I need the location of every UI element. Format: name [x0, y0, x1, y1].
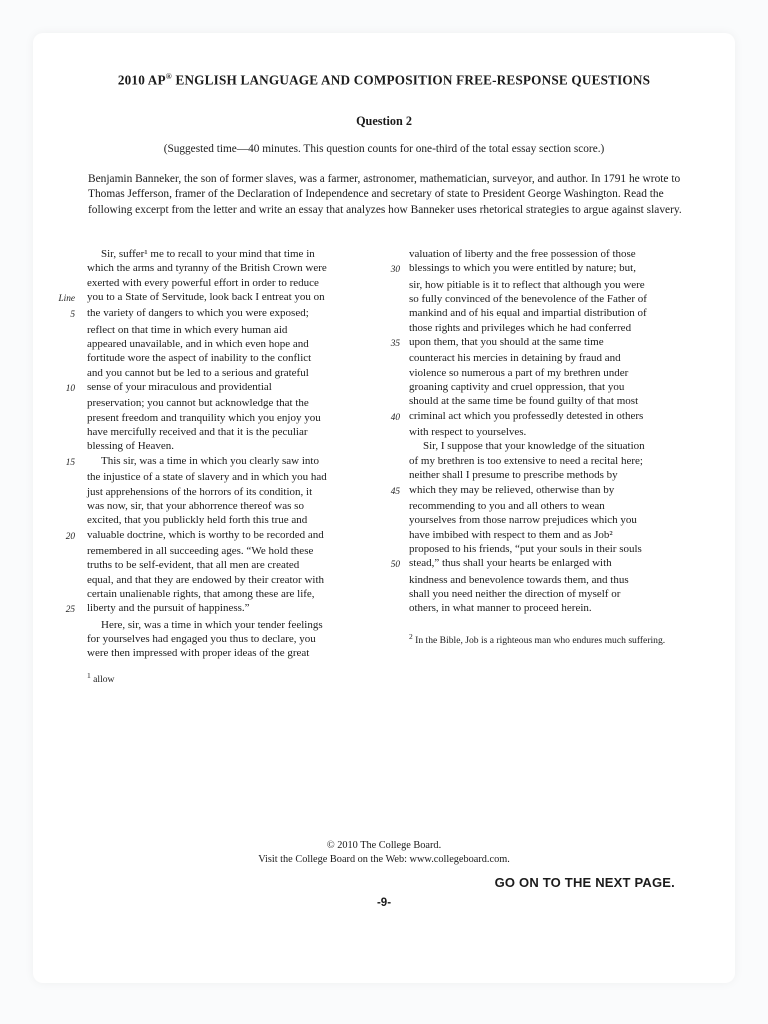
excerpt-line: were then impressed with proper ideas of… — [55, 646, 371, 660]
line-number — [55, 470, 87, 484]
question-title: Question 2 — [33, 114, 735, 129]
excerpt-text: so fully convinced of the benevolence of… — [409, 292, 647, 306]
excerpt-text: upon them, that you should at the same t… — [409, 335, 604, 351]
line-number — [55, 513, 87, 527]
excerpt-line: have imbibed with respect to them and as… — [383, 528, 695, 542]
excerpt-text: criminal act which you professedly detes… — [409, 409, 643, 425]
excerpt-text: yourselves from those narrow prejudices … — [409, 513, 637, 527]
excerpt-text: valuable doctrine, which is worthy to be… — [87, 528, 324, 544]
line-number: 30 — [383, 261, 409, 277]
excerpt-line: truths to be self-evident, that all men … — [55, 558, 371, 572]
excerpt-text: have mercifully received and that it is … — [87, 425, 308, 439]
excerpt-text: truths to be self-evident, that all men … — [87, 558, 299, 572]
line-number — [55, 573, 87, 587]
excerpt-line: 35upon them, that you should at the same… — [383, 335, 695, 351]
document-title: 2010 AP® ENGLISH LANGUAGE AND COMPOSITIO… — [33, 72, 735, 88]
excerpt-text: exerted with every powerful effort in or… — [87, 276, 319, 290]
line-number — [383, 292, 409, 306]
excerpt-line: reflect on that time in which every huma… — [55, 323, 371, 337]
go-on-instruction: GO ON TO THE NEXT PAGE. — [495, 875, 675, 890]
excerpt-line: Here, sir, was a time in which your tend… — [55, 618, 371, 632]
line-number — [55, 396, 87, 410]
excerpt-text: with respect to yourselves. — [409, 425, 526, 439]
excerpt-text: preservation; you cannot but acknowledge… — [87, 396, 309, 410]
footnote-2-marker: 2 — [409, 632, 413, 641]
excerpt-line: 10sense of your miraculous and provident… — [55, 380, 371, 396]
line-number: 10 — [55, 380, 87, 396]
excerpt-text: sense of your miraculous and providentia… — [87, 380, 272, 396]
line-number — [383, 542, 409, 556]
line-number: 25 — [55, 601, 87, 617]
line-number — [55, 646, 87, 660]
excerpt-text: have imbibed with respect to them and as… — [409, 528, 613, 542]
excerpt-left-column: Sir, suffer¹ me to recall to your mind t… — [55, 247, 371, 685]
line-number: 15 — [55, 454, 87, 470]
excerpt-line: certain unalienable rights, that among t… — [55, 587, 371, 601]
excerpt-text: others, in what manner to proceed herein… — [409, 601, 592, 615]
excerpt-line: counteract his mercies in detaining by f… — [383, 351, 695, 365]
excerpt-line: for yourselves had engaged you thus to d… — [55, 632, 371, 646]
line-number — [383, 394, 409, 408]
line-number — [383, 425, 409, 439]
excerpt-text: fortitude wore the aspect of inability t… — [87, 351, 311, 365]
excerpt-text: Sir, I suppose that your knowledge of th… — [409, 439, 645, 453]
excerpt-columns: Sir, suffer¹ me to recall to your mind t… — [55, 247, 695, 685]
excerpt-text: the variety of dangers to which you were… — [87, 306, 309, 322]
excerpt-line: equal, and that they are endowed by thei… — [55, 573, 371, 587]
excerpt-text: neither shall I presume to prescribe met… — [409, 468, 618, 482]
line-number — [383, 528, 409, 542]
excerpt-text: blessings to which you were entitled by … — [409, 261, 636, 277]
excerpt-text: kindness and benevolence towards them, a… — [409, 573, 629, 587]
excerpt-line: 15This sir, was a time in which you clea… — [55, 454, 371, 470]
excerpt-line: 5the variety of dangers to which you wer… — [55, 306, 371, 322]
suggested-time-note: (Suggested time—40 minutes. This questio… — [33, 143, 735, 155]
excerpt-text: for yourselves had engaged you thus to d… — [87, 632, 316, 646]
line-number: 45 — [383, 483, 409, 499]
excerpt-line: so fully convinced of the benevolence of… — [383, 292, 695, 306]
footer-copyright-block: © 2010 The College Board. Visit the Coll… — [33, 839, 735, 866]
excerpt-text: of my brethren is too extensive to need … — [409, 454, 643, 468]
line-number — [55, 618, 87, 632]
excerpt-line: excited, that you publickly held forth t… — [55, 513, 371, 527]
excerpt-line: should at the same time be found guilty … — [383, 394, 695, 408]
excerpt-text: just apprehensions of the horrors of its… — [87, 485, 312, 499]
line-number — [55, 485, 87, 499]
line-number — [383, 247, 409, 261]
excerpt-line: 30blessings to which you were entitled b… — [383, 261, 695, 277]
excerpt-right-column: valuation of liberty and the free posses… — [383, 247, 695, 685]
excerpt-text: groaning captivity and cruel oppression,… — [409, 380, 624, 394]
excerpt-text: and you cannot but be led to a serious a… — [87, 366, 309, 380]
excerpt-line: proposed to his friends, “put your souls… — [383, 542, 695, 556]
excerpt-line: was now, sir, that your abhorrence there… — [55, 499, 371, 513]
line-number — [383, 321, 409, 335]
line-number — [383, 513, 409, 527]
line-number: Line — [55, 290, 87, 306]
excerpt-line: preservation; you cannot but acknowledge… — [55, 396, 371, 410]
excerpt-text: Here, sir, was a time in which your tend… — [87, 618, 323, 632]
excerpt-text: liberty and the pursuit of happiness.” — [87, 601, 250, 617]
line-number — [383, 454, 409, 468]
excerpt-line: just apprehensions of the horrors of its… — [55, 485, 371, 499]
excerpt-line: blessing of Heaven. — [55, 439, 371, 453]
line-number — [383, 306, 409, 320]
document-title-suffix: ENGLISH LANGUAGE AND COMPOSITION FREE-RE… — [172, 72, 650, 87]
excerpt-text: present freedom and tranquility which yo… — [87, 411, 321, 425]
document-page: 2010 AP® ENGLISH LANGUAGE AND COMPOSITIO… — [33, 33, 735, 983]
excerpt-line: sir, how pitiable is it to reflect that … — [383, 278, 695, 292]
excerpt-line: appeared unavailable, and in which even … — [55, 337, 371, 351]
excerpt-line: present freedom and tranquility which yo… — [55, 411, 371, 425]
excerpt-line: 50stead,” thus shall your hearts be enla… — [383, 556, 695, 572]
excerpt-line: have mercifully received and that it is … — [55, 425, 371, 439]
excerpt-text: shall you need neither the direction of … — [409, 587, 620, 601]
line-number — [383, 499, 409, 513]
line-number — [55, 499, 87, 513]
excerpt-text: Sir, suffer¹ me to recall to your mind t… — [87, 247, 315, 261]
excerpt-text: the injustice of a state of slavery and … — [87, 470, 327, 484]
line-number: 35 — [383, 335, 409, 351]
excerpt-line: recommending to you and all others to we… — [383, 499, 695, 513]
excerpt-line: exerted with every powerful effort in or… — [55, 276, 371, 290]
excerpt-text: should at the same time be found guilty … — [409, 394, 638, 408]
line-number — [55, 351, 87, 365]
excerpt-text: equal, and that they are endowed by thei… — [87, 573, 324, 587]
line-number — [383, 468, 409, 482]
excerpt-text: which the arms and tyranny of the Britis… — [87, 261, 327, 275]
line-number — [55, 544, 87, 558]
excerpt-text: which they may be relieved, otherwise th… — [409, 483, 614, 499]
excerpt-text: certain unalienable rights, that among t… — [87, 587, 315, 601]
line-number — [55, 439, 87, 453]
excerpt-left-lines: Sir, suffer¹ me to recall to your mind t… — [55, 247, 371, 661]
excerpt-line: of my brethren is too extensive to need … — [383, 454, 695, 468]
footnote-1: 1 allow — [87, 671, 371, 685]
copyright-line: © 2010 The College Board. — [33, 839, 735, 853]
intro-paragraph: Benjamin Banneker, the son of former sla… — [88, 172, 694, 218]
excerpt-line: 40criminal act which you professedly det… — [383, 409, 695, 425]
excerpt-line: which the arms and tyranny of the Britis… — [55, 261, 371, 275]
excerpt-line: valuation of liberty and the free posses… — [383, 247, 695, 261]
excerpt-line: others, in what manner to proceed herein… — [383, 601, 695, 615]
line-number — [383, 366, 409, 380]
excerpt-line: kindness and benevolence towards them, a… — [383, 573, 695, 587]
excerpt-right-lines: valuation of liberty and the free posses… — [383, 247, 695, 616]
web-line: Visit the College Board on the Web: www.… — [33, 853, 735, 867]
line-number — [383, 439, 409, 453]
excerpt-text: appeared unavailable, and in which even … — [87, 337, 309, 351]
excerpt-line: groaning captivity and cruel oppression,… — [383, 380, 695, 394]
excerpt-line: those rights and privileges which he had… — [383, 321, 695, 335]
excerpt-text: proposed to his friends, “put your souls… — [409, 542, 642, 556]
excerpt-line: Sir, I suppose that your knowledge of th… — [383, 439, 695, 453]
line-number — [55, 276, 87, 290]
line-number — [383, 601, 409, 615]
excerpt-text: remembered in all succeeding ages. “We h… — [87, 544, 313, 558]
excerpt-text: recommending to you and all others to we… — [409, 499, 605, 513]
line-number — [383, 573, 409, 587]
line-number: 5 — [55, 306, 87, 322]
excerpt-line: Sir, suffer¹ me to recall to your mind t… — [55, 247, 371, 261]
line-number: 50 — [383, 556, 409, 572]
line-number — [55, 323, 87, 337]
line-number: 20 — [55, 528, 87, 544]
line-number — [55, 247, 87, 261]
line-number — [55, 425, 87, 439]
excerpt-text: you to a State of Servitude, look back I… — [87, 290, 325, 306]
excerpt-line: neither shall I presume to prescribe met… — [383, 468, 695, 482]
excerpt-line: 45which they may be relieved, otherwise … — [383, 483, 695, 499]
excerpt-line: remembered in all succeeding ages. “We h… — [55, 544, 371, 558]
excerpt-line: yourselves from those narrow prejudices … — [383, 513, 695, 527]
excerpt-text: excited, that you publickly held forth t… — [87, 513, 307, 527]
line-number — [55, 587, 87, 601]
excerpt-text: those rights and privileges which he had… — [409, 321, 631, 335]
excerpt-text: reflect on that time in which every huma… — [87, 323, 287, 337]
excerpt-text: counteract his mercies in detaining by f… — [409, 351, 621, 365]
excerpt-line: mankind and of his equal and impartial d… — [383, 306, 695, 320]
footnote-2: 2 In the Bible, Job is a righteous man w… — [409, 632, 695, 646]
excerpt-text: mankind and of his equal and impartial d… — [409, 306, 647, 320]
line-number — [55, 632, 87, 646]
line-number — [383, 380, 409, 394]
excerpt-line: the injustice of a state of slavery and … — [55, 470, 371, 484]
excerpt-line: and you cannot but be led to a serious a… — [55, 366, 371, 380]
excerpt-line: shall you need neither the direction of … — [383, 587, 695, 601]
excerpt-line: violence so numerous a part of my brethr… — [383, 366, 695, 380]
excerpt-text: were then impressed with proper ideas of… — [87, 646, 309, 660]
line-number — [55, 261, 87, 275]
line-number — [383, 278, 409, 292]
excerpt-text: blessing of Heaven. — [87, 439, 174, 453]
viewer-background: { "page": { "title": { "prefix": "2010 A… — [0, 0, 768, 1024]
page-number: -9- — [33, 897, 735, 909]
footnote-1-text: allow — [93, 674, 114, 685]
footnote-1-marker: 1 — [87, 671, 91, 680]
excerpt-line: fortitude wore the aspect of inability t… — [55, 351, 371, 365]
line-number — [383, 351, 409, 365]
line-number — [55, 337, 87, 351]
excerpt-text: sir, how pitiable is it to reflect that … — [409, 278, 645, 292]
line-number — [55, 558, 87, 572]
excerpt-line: with respect to yourselves. — [383, 425, 695, 439]
excerpt-text: was now, sir, that your abhorrence there… — [87, 499, 304, 513]
line-number — [55, 366, 87, 380]
excerpt-text: This sir, was a time in which you clearl… — [87, 454, 319, 470]
excerpt-line: 25liberty and the pursuit of happiness.” — [55, 601, 371, 617]
excerpt-line: 20valuable doctrine, which is worthy to … — [55, 528, 371, 544]
line-number: 40 — [383, 409, 409, 425]
excerpt-text: valuation of liberty and the free posses… — [409, 247, 636, 261]
excerpt-line: Lineyou to a State of Servitude, look ba… — [55, 290, 371, 306]
excerpt-text: violence so numerous a part of my brethr… — [409, 366, 628, 380]
line-number — [55, 411, 87, 425]
document-title-prefix: 2010 AP — [118, 72, 166, 87]
footnote-2-text: In the Bible, Job is a righteous man who… — [415, 635, 665, 646]
excerpt-text: stead,” thus shall your hearts be enlarg… — [409, 556, 612, 572]
line-number — [383, 587, 409, 601]
